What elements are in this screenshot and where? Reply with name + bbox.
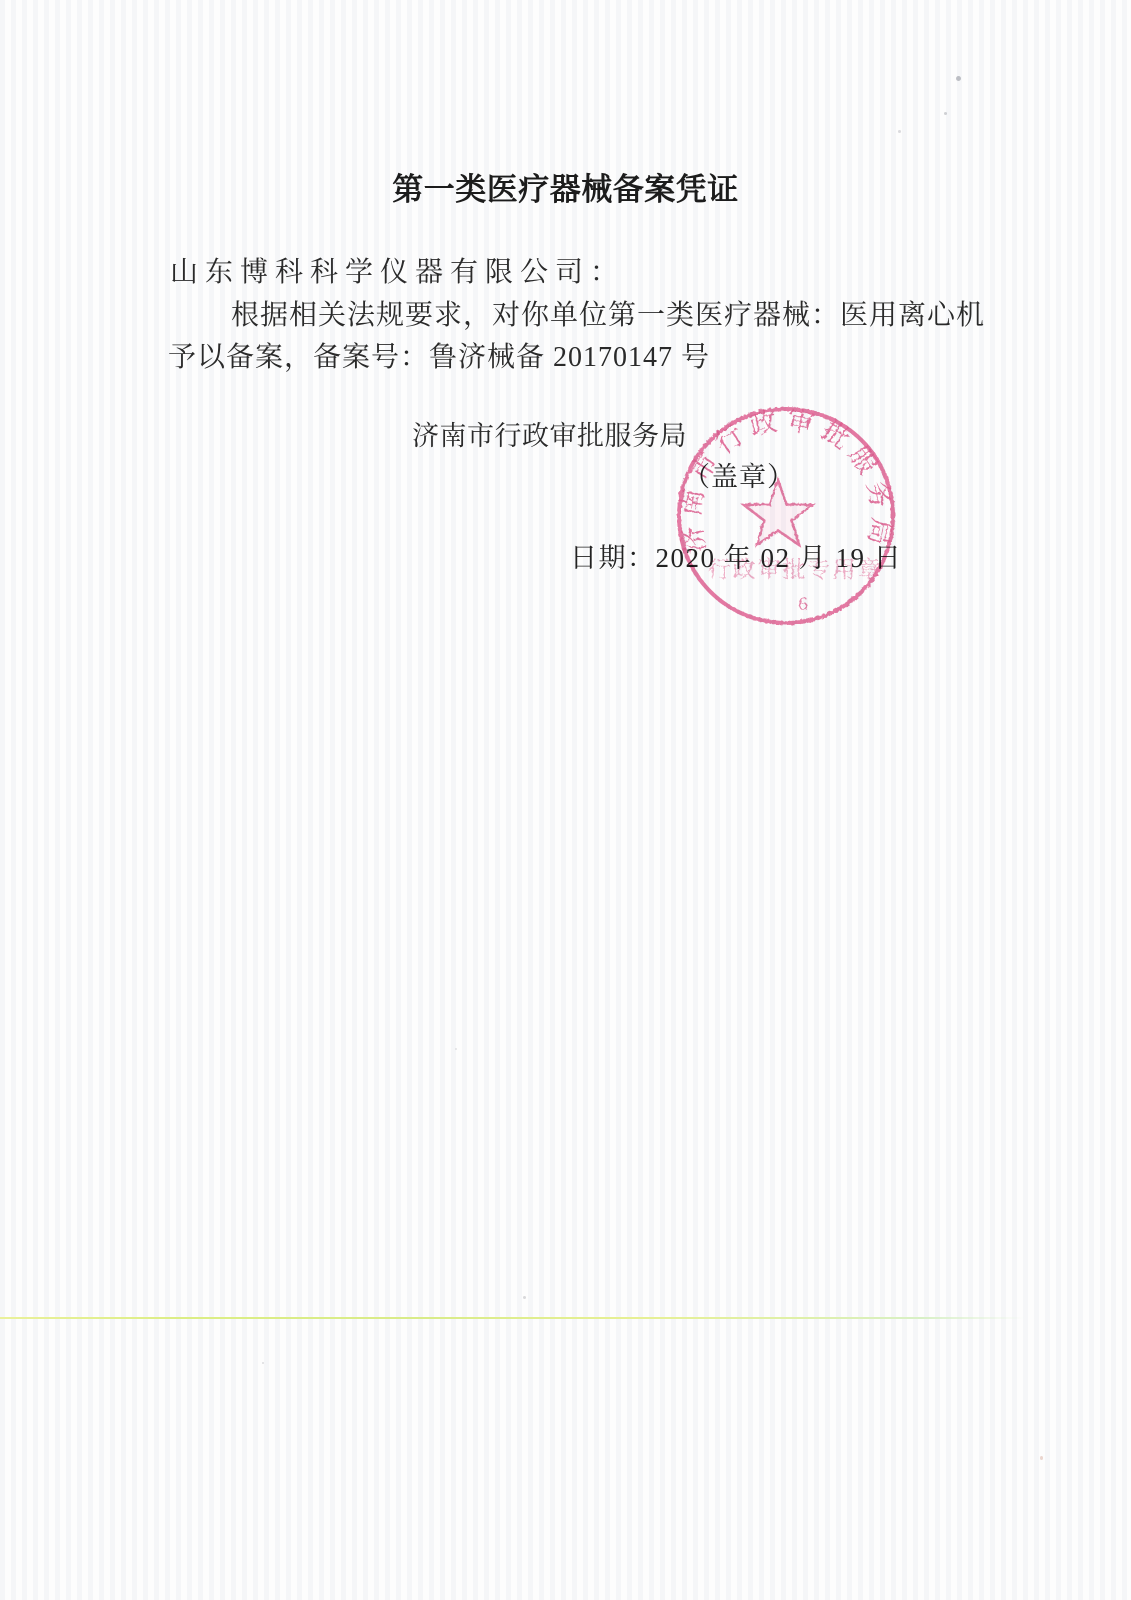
- body-text-line-2: 予以备案，备案号：鲁济械备 20170147 号: [168, 342, 710, 374]
- scan-artifact-line: [0, 1317, 1024, 1319]
- scan-speck: [956, 76, 961, 81]
- scan-speck: [262, 1362, 264, 1364]
- scan-speck: [898, 130, 901, 133]
- seal-number: 6: [798, 594, 808, 615]
- seal-inner-text: 行政审批专用章: [708, 557, 883, 582]
- official-seal-stamp: 济南市行政审批服务局 行政审批专用章 6: [656, 386, 916, 646]
- scan-speck: [944, 112, 947, 115]
- certificate-page: 第一类医疗器械备案凭证 山东博科科学仪器有限公司： 根据相关法规要求，对你单位第…: [0, 0, 1131, 1600]
- scan-speck: [523, 1296, 526, 1299]
- seal-star-icon: [744, 480, 812, 545]
- document-title: 第一类医疗器械备案凭证: [0, 172, 1131, 208]
- scan-speck: [1040, 1456, 1043, 1460]
- body-text-line-1: 根据相关法规要求，对你单位第一类医疗器械：医用离心机: [231, 300, 985, 332]
- scan-speck: [455, 1048, 457, 1050]
- issuer-name: 济南市行政审批服务局: [412, 421, 687, 452]
- addressee-line: 山东博科科学仪器有限公司：: [170, 257, 625, 289]
